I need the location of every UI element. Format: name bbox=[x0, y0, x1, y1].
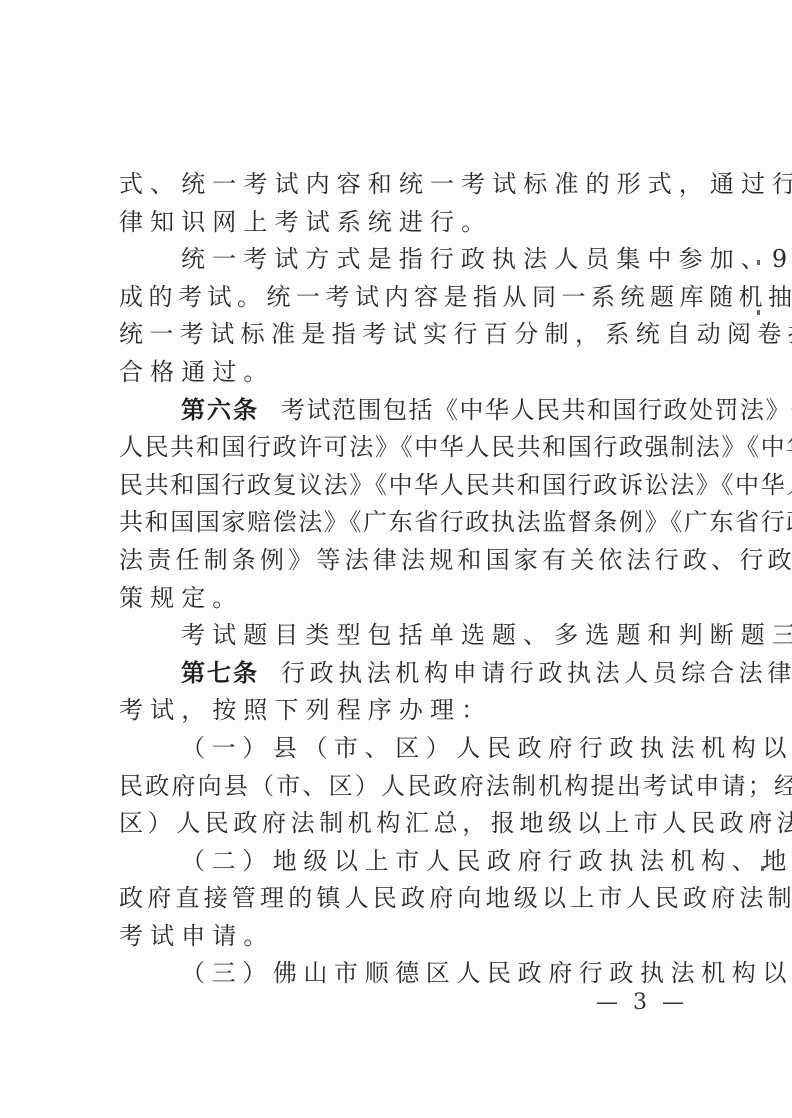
text-line: （一）县（市、区）人民政府行政执法机构以及乡（镇）人 bbox=[119, 730, 685, 768]
scan-mark bbox=[757, 310, 760, 315]
text-line: 民政府向县（市、区）人民政府法制机构提出考试申请；经县（市、 bbox=[119, 768, 685, 806]
text-line: 统一考试标准是指考试实行百分制，系统自动阅卷打分，60分为 bbox=[119, 316, 685, 354]
text-span: 考试范围包括《中华人民共和国行政处罚法》《中华 bbox=[281, 396, 792, 424]
text-line: 人民共和国行政许可法》《中华人民共和国行政强制法》《中华人 bbox=[119, 429, 685, 467]
text-line: 考试题目类型包括单选题、多选题和判断题三类。 bbox=[119, 617, 685, 655]
scan-mark bbox=[761, 866, 764, 871]
document-page: 式、统一考试内容和统一考试标准的形式，通过行政执法综合法 律知识网上考试系统进行… bbox=[0, 0, 792, 1118]
text-line: 成的考试。统一考试内容是指从同一系统题库随机抽取考试题目。 bbox=[119, 279, 685, 317]
text-line: 法责任制条例》等法律法规和国家有关依法行政、行政执法等政 bbox=[119, 542, 685, 580]
text-span: 行政执法机构申请行政执法人员综合法律知识网上 bbox=[281, 659, 792, 687]
article-heading: 第七条 bbox=[181, 659, 259, 687]
text-line: 共和国国家赔偿法》《广东省行政执法监督条例》《广东省行政执 bbox=[119, 504, 685, 542]
document-body: 式、统一考试内容和统一考试标准的形式，通过行政执法综合法 律知识网上考试系统进行… bbox=[119, 166, 685, 993]
article-heading: 第六条 bbox=[181, 396, 259, 424]
text-line: 考试申请。 bbox=[119, 918, 685, 956]
text-line: 律知识网上考试系统进行。 bbox=[119, 204, 685, 242]
text-line: 统一考试方式是指行政执法人员集中参加、90分钟内独立完 bbox=[119, 241, 685, 279]
scan-mark bbox=[761, 816, 764, 821]
scan-mark bbox=[757, 260, 760, 265]
page-number: — 3 — bbox=[596, 990, 688, 1015]
article-7-line: 第七条行政执法机构申请行政执法人员综合法律知识网上 bbox=[119, 655, 685, 693]
text-line: 考试，按照下列程序办理： bbox=[119, 692, 685, 730]
text-line: 策规定。 bbox=[119, 580, 685, 618]
text-line: （三）佛山市顺德区人民政府行政执法机构以及镇人民政府 bbox=[119, 955, 685, 993]
text-line: 合格通过。 bbox=[119, 354, 685, 392]
text-line: 区）人民政府法制机构汇总，报地级以上市人民政府法制机构。 bbox=[119, 805, 685, 843]
article-6-line: 第六条考试范围包括《中华人民共和国行政处罚法》《中华 bbox=[119, 392, 685, 430]
text-line: （二）地级以上市人民政府行政执法机构、地级以上市人民 bbox=[119, 843, 685, 881]
text-line: 式、统一考试内容和统一考试标准的形式，通过行政执法综合法 bbox=[119, 166, 685, 204]
text-line: 民共和国行政复议法》《中华人民共和国行政诉讼法》《中华人民 bbox=[119, 467, 685, 505]
text-line: 政府直接管理的镇人民政府向地级以上市人民政府法制机构提出 bbox=[119, 880, 685, 918]
